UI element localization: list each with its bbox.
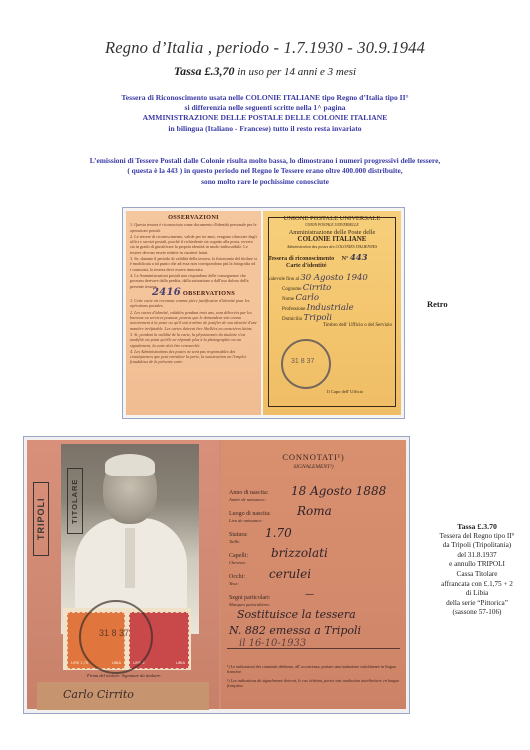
footnote-fr: ¹) Les indications du signalement doiven…: [227, 678, 400, 688]
field-birth-place: Luogo di nascita:Lieu de naissance:: [229, 511, 271, 524]
card-title-fr: Carte d'identité: [268, 263, 396, 273]
field-value: cerulei: [269, 567, 311, 581]
observation-fr-item: 3. Si, pendant la validité de la carte, …: [130, 332, 257, 348]
card-caption: Tassa £.3.70 Tessera del Regno tipo II° …: [424, 522, 530, 618]
field-value: Roma: [297, 504, 332, 518]
page-title: Regno d’Italia , periodo - 1.7.1930 - 30…: [0, 38, 530, 58]
domicile-row: Domicilio Tripoli: [268, 313, 396, 323]
tripoli-postmark: 31 8 37: [79, 600, 153, 674]
card-header: UNIONE POSTALE UNIVERSALE UNION POSTALE …: [268, 215, 396, 250]
observation-fr-item: 1. Cette carte est reconnue comme pièce …: [130, 298, 257, 309]
colonies-title: COLONIE ITALIANE: [268, 236, 396, 243]
name-label: Nome: [282, 297, 294, 302]
connotati-panel: CONNOTATI¹) SIGNALEMENT¹) Anno di nascit…: [221, 440, 406, 709]
handwritten-number: 2416: [152, 287, 181, 298]
observation-fr-item: 4. Les Administrations des postes ne son…: [130, 349, 257, 365]
signature-label: Firma del titolare: Signature du titulai…: [87, 673, 162, 678]
observations-panel: OSSERVAZIONI 1. Questa tessera è riconos…: [126, 211, 261, 415]
domicile-value: Tripoli: [304, 313, 332, 323]
caption-line: del 31.8.1937: [424, 551, 530, 561]
front-card-image: TRIPOLI TITOLARE LIRE 1,75LIBIA LIRE 2LI…: [23, 436, 410, 714]
intro-line: AMMINISTRAZIONE DELLE POSTALE DELLE COLO…: [0, 113, 530, 123]
caption-line: Tessera del Regno tipo II°: [424, 532, 530, 542]
field-eyes: Occhi:Yeux:: [229, 574, 245, 587]
caption-line: Cassa Titolare: [424, 570, 530, 580]
note-line: sono molto rare le pochissime conosciute: [0, 177, 530, 187]
connotati-title-fr: SIGNALEMENT¹): [221, 464, 406, 470]
field-value: brizzolati: [271, 546, 328, 560]
retro-label: Retro: [427, 299, 448, 309]
caption-line: (sassone 57-106): [424, 608, 530, 618]
number-label: N°: [342, 256, 349, 262]
field-label-fr: Lieu de naissance:: [229, 518, 271, 524]
field-label: Statura:: [229, 532, 248, 538]
field-height: Statura:Taille:: [229, 532, 248, 545]
field-label: Luogo di nascita:: [229, 511, 271, 517]
field-birth-year: Anno di nascita:Année de naissance:: [229, 490, 268, 503]
profession-row: Professione Industriale: [268, 303, 396, 313]
observation-item: 3. Se, durante il periodo di validità de…: [130, 256, 257, 272]
card-title-row: Tessera di riconoscimento N° 443: [268, 253, 396, 263]
domicile-label: Domicilio: [282, 317, 302, 322]
card-front-panel: UNIONE POSTALE UNIVERSALE UNION POSTALE …: [263, 211, 401, 415]
field-label-fr: Yeux:: [229, 581, 245, 587]
field-value: 18 Agosto 1888: [291, 484, 386, 498]
observation-item: 4. Le Amministrazioni postali non rispon…: [130, 273, 257, 289]
caption-line: da Tripoli (Tripolitania): [424, 541, 530, 551]
field-hair: Capelli:Cheveux:: [229, 553, 248, 566]
observation-item: 2. Le tessere di riconoscimento, valide …: [130, 234, 257, 255]
observations-title: OSSERVAZIONI: [130, 215, 257, 220]
surname-label: Cognome: [282, 287, 301, 292]
intro-line: Tessera di Riconoscimento usata nelle CO…: [0, 93, 530, 103]
postmark-date: 31 8 37: [99, 628, 129, 638]
upu-title-fr: UNION POSTALE UNIVERSELLE: [268, 222, 396, 229]
rarity-note: L’emissioni di Tessere Postali dalle Col…: [0, 156, 530, 187]
profession-label: Professione: [282, 307, 305, 312]
tassa-line: Tassa £.3,70 in uso per 14 anni e 3 mesi: [0, 64, 530, 79]
name-value: Carlo: [295, 293, 318, 303]
photo-panel: TRIPOLI TITOLARE LIRE 1,75LIBIA LIRE 2LI…: [27, 440, 219, 709]
field-label-fr: Cheveux:: [229, 560, 248, 566]
caption-title: Tassa £.3.70: [424, 522, 530, 532]
tripoli-postmark: 31 8 37: [281, 339, 331, 389]
office-label: Timbro dell' Ufficio o del Servizio: [268, 323, 396, 333]
field-label: Occhi:: [229, 574, 245, 580]
handwritten-note: Sostituisce la tessera: [237, 608, 356, 621]
name-row: Nome Carlo: [268, 293, 396, 303]
card-number: 443: [350, 253, 368, 263]
caption-line: della serie “Pittorica”: [424, 599, 530, 609]
upu-title: UNIONE POSTALE UNIVERSALE: [268, 215, 396, 222]
intro-line: in bilingua (Italiano - Francese) tutto …: [0, 124, 530, 134]
field-label-fr: Taille:: [229, 539, 248, 545]
surname-value: Cirrito: [303, 283, 332, 293]
card-title: Tessera di riconoscimento: [268, 256, 334, 262]
note-line: ( questa è la 443 ) in questo periodo ne…: [0, 166, 530, 176]
field-value: 1.70: [265, 526, 292, 540]
connotati-title: CONNOTATI¹): [221, 452, 406, 462]
observation-item: 1. Questa tessera è riconosciuta come do…: [130, 222, 257, 233]
field-label: Capelli:: [229, 553, 248, 559]
retro-card-image: OSSERVAZIONI 1. Questa tessera è riconos…: [122, 207, 405, 419]
postmark-date: 31 8 37: [291, 358, 314, 365]
valid-row: valevole fino al 30 Agosto 1940: [268, 273, 396, 283]
profession-value: Industriale: [307, 303, 354, 313]
valid-value: 30 Agosto 1940: [300, 273, 367, 283]
tripoli-stamp: TRIPOLI: [33, 482, 49, 556]
field-label-fr: Année de naissance:: [229, 497, 268, 503]
observation-fr-item: 2. Les cartes d'identité, valables penda…: [130, 310, 257, 331]
intro-description: Tessera di Riconoscimento usata nelle CO…: [0, 93, 530, 134]
intro-line: si differenzia nelle seguenti scritte ne…: [0, 103, 530, 113]
chief-label: Il Capo dell' Ufficio: [327, 389, 363, 399]
titolare-stamp: TITOLARE: [67, 468, 83, 534]
stamp-value: LIRE 1,75: [71, 661, 88, 665]
field-value: —: [305, 590, 314, 600]
surname-row: Cognome Cirrito: [268, 283, 396, 293]
signature-label-fr: Signature du titulaire:: [122, 673, 162, 678]
holder-signature: Carlo Cirrito: [63, 688, 134, 701]
valid-label: valevole fino al: [268, 277, 299, 282]
signature-label-it: Firma del titolare:: [87, 673, 121, 678]
caption-line: e annullo TRIPOLI: [424, 560, 530, 570]
footnote-it: ¹) Le indicazioni dei connotati debbono,…: [227, 664, 400, 674]
tassa-duration: in uso per 14 anni e 3 mesi: [234, 66, 356, 78]
administration-fr-line: Administration des postes des COLONIES I…: [268, 243, 396, 250]
observations-fr-title: OBSERVATIONS: [183, 290, 235, 297]
caption-line: affrancata con £.1,75 + 2: [424, 580, 530, 590]
caption-line: di Libia: [424, 589, 530, 599]
field-marks: Segni particolari:Marques particulières:: [229, 595, 271, 608]
tassa-amount: Tassa £.3,70: [174, 64, 235, 78]
handwritten-note: N. 882 emessa a Tripoli: [229, 624, 361, 637]
field-label: Anno di nascita:: [229, 490, 268, 496]
stamp-country: LIBIA: [176, 661, 185, 665]
field-label: Segni particolari:: [229, 595, 271, 601]
note-line: L’emissioni di Tessere Postali dalle Col…: [0, 156, 530, 166]
